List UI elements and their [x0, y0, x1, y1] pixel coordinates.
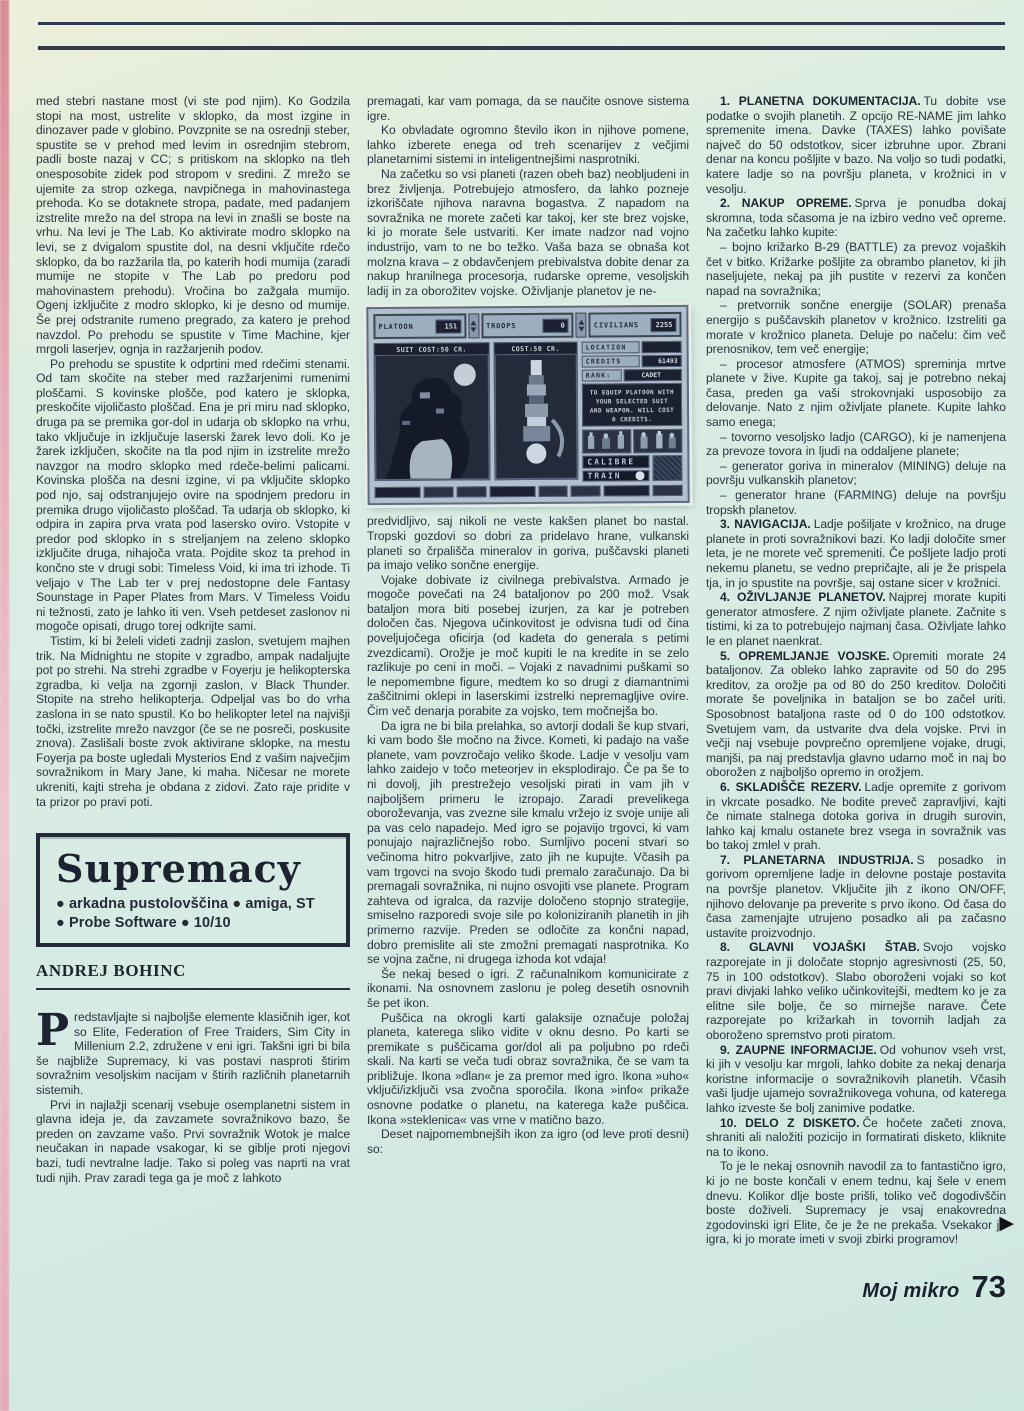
closing-paragraph: To je le nekaj osnovnih navodil za to fa… — [706, 1159, 1006, 1247]
credits-row: CREDITS 61493 — [582, 355, 682, 368]
weapon-cost-header: COST:50 CR. — [494, 342, 578, 356]
credits-label: CREDITS — [582, 355, 640, 367]
soldier-sprites-strip — [582, 429, 682, 454]
magazine-name: Moj mikro — [862, 1280, 959, 1303]
civilians-value: 2255 — [650, 318, 676, 332]
weapon-panel: COST:50 CR. — [494, 342, 579, 483]
screenshot-main-area: SUIT COST:50 CR. — [374, 341, 683, 483]
numbered-item: 8. GLAVNI VOJAŠKI ŠTAB.Svojo vojsko razp… — [706, 940, 1006, 1042]
intro-text: redstavljajte si najboljše elemente klas… — [36, 1010, 350, 1097]
body-paragraph: Še nekaj besed o igri. Z računalnikom ko… — [367, 967, 689, 1011]
numbered-item: 9. ZAUPNE INFORMACIJE.Od vohunov vseh vr… — [706, 1043, 1006, 1116]
masthead-rule-top — [38, 22, 1005, 25]
dash-item: – tovorno vesoljsko ladjo (CARGO), ki je… — [706, 430, 1006, 459]
icon-slot — [489, 486, 535, 497]
game-screenshot: PLATOON 151 TROOPS 0 CIVILIANS 2255 — [366, 305, 689, 505]
page-number: 73 — [972, 1269, 1006, 1305]
body-paragraph: Po prehodu se spustite k odprtini med rd… — [36, 357, 350, 634]
credits-value: 61493 — [642, 355, 682, 367]
continuation-arrow-icon: ▶ — [999, 1214, 1014, 1233]
status-panel: LOCATION CREDITS 61493 RANK: CADET TO — [582, 341, 683, 482]
numbered-item: 5. OPREMLJANJE VOJSKE.Opremiti morate 24… — [706, 649, 1006, 780]
soldier-sprites-right — [633, 429, 682, 453]
drop-cap: P — [36, 1010, 74, 1048]
body-paragraph: med stebri nastane most (vi ste pod njim… — [36, 94, 350, 357]
soldier-image — [374, 356, 491, 482]
screenshot-status-bar: PLATOON 151 TROOPS 0 CIVILIANS 2255 — [373, 312, 681, 339]
noise-panel — [652, 455, 682, 481]
troops-label: TROOPS — [486, 322, 540, 330]
icon-slot — [424, 487, 454, 498]
closing-paragraph-wrap: To je le nekaj osnovnih navodil za to fa… — [706, 1159, 1006, 1247]
icon-slot — [653, 485, 683, 496]
rank-row: RANK: CADET — [582, 369, 682, 382]
panel-bottom: CALIBRE TRAIN — [582, 455, 682, 482]
game-info-publisher-rating: ● Probe Software ● 10/10 — [56, 914, 332, 933]
body-paragraph: Da igra ne bi bila prelahka, so avtorji … — [367, 719, 689, 967]
troops-counter: TROOPS 0 — [481, 313, 574, 339]
dash-item: – pretvornik sončne energije (SOLAR) pre… — [706, 298, 1006, 356]
body-paragraph: predvidljivo, saj nikoli ne veste kakšen… — [367, 514, 689, 572]
location-row: LOCATION — [582, 341, 682, 354]
dash-item: – generator hrane (FARMING) deluje na po… — [706, 488, 1006, 517]
suit-cost-header: SUIT COST:50 CR. — [374, 343, 490, 357]
magazine-page: med stebri nastane most (vi ste pod njim… — [0, 0, 1024, 1411]
rank-label: RANK: — [582, 369, 622, 381]
author-byline: ANDREJ BOHINC — [36, 961, 350, 990]
platoon-counter: PLATOON 151 — [373, 314, 466, 340]
icon-slot — [538, 486, 568, 497]
game-info-genre-platform: ● arkadna pustolovščina ● amiga, ST — [56, 895, 332, 914]
scan-edge-strip — [0, 0, 9, 1411]
screenshot-icon-strip — [375, 485, 683, 498]
numbered-item: 6. SKLADIŠČE REZERV.Ladje opremite z gor… — [706, 780, 1006, 853]
dash-item: – bojno križarko B-29 (BATTLE) za prevoz… — [706, 240, 1006, 298]
up-down-arrows-icon — [576, 313, 587, 338]
rank-value: CADET — [624, 369, 682, 381]
numbered-item: 1. PLANETNA DOKUMENTACIJA.Tu dobite vse … — [706, 94, 1006, 196]
game-title: Supremacy — [56, 849, 332, 889]
location-value — [642, 341, 682, 353]
page-footer: Moj mikro 73 — [706, 1269, 1006, 1305]
body-paragraph: Na začetku so vsi planeti (razen obeh ba… — [367, 167, 689, 298]
game-title-box: Supremacy ● arkadna pustolovščina ● amig… — [36, 833, 350, 947]
icon-slot — [456, 487, 486, 498]
soldier-sprites-left — [582, 430, 631, 454]
platoon-label: PLATOON — [378, 322, 432, 330]
numbered-item: 3. NAVIGACIJA.Ladje pošiljate v krožnico… — [706, 517, 1006, 590]
numbered-item: 4. OŽIVLJANJE PLANETOV.Najprej morate ku… — [706, 590, 1006, 648]
body-paragraph: Puščica na okrogli karti galaksije označ… — [367, 1011, 689, 1128]
icon-slot — [604, 485, 650, 496]
body-paragraph: premagati, kar vam pomaga, da se naučite… — [367, 94, 689, 123]
icon-slot — [375, 487, 421, 498]
dash-item: – generator goriva in mineralov (MINING)… — [706, 459, 1006, 488]
body-paragraph: Prvi in najlažji scenarij vsebuje osempl… — [36, 1098, 350, 1186]
body-paragraph: Tistim, ki bi želeli videti zadnji zaslo… — [36, 634, 350, 809]
calibre-bar: CALIBRE — [582, 455, 649, 468]
numbered-item: 10. DELO Z DISKETO.Če hočete začeti znov… — [706, 1116, 1006, 1160]
numbered-item: 7. PLANETARNA INDUSTRIJA.S posadko in go… — [706, 853, 1006, 941]
train-indicator-dot — [635, 472, 644, 481]
column-middle: premagati, kar vam pomaga, da se naučite… — [367, 94, 689, 1305]
rocket-weapon-image — [494, 355, 579, 481]
train-button: TRAIN — [582, 470, 649, 481]
body-paragraph: Vojake dobivate iz civilnega prebivalstv… — [367, 573, 689, 719]
troops-value: 0 — [543, 319, 569, 333]
up-down-arrows-icon — [468, 314, 479, 339]
civilians-label: CIVILIANS — [594, 321, 648, 329]
location-label: LOCATION — [582, 342, 640, 354]
civilians-counter: CIVILIANS 2255 — [589, 312, 682, 338]
body-paragraph: Deset najpomembnejših ikon za igro (od l… — [367, 1127, 689, 1156]
masthead-rule-bottom — [38, 46, 1005, 50]
equip-message-box: TO EQUIP PLATOON WITH YOUR SELECTED SUIT… — [582, 383, 682, 427]
dash-item: – procesor atmosfere (ATMOS) spreminja m… — [706, 357, 1006, 430]
column-left: med stebri nastane most (vi ste pod njim… — [36, 94, 350, 1305]
numbered-item: 2. NAKUP OPREME.Sprva je ponudba dokaj s… — [706, 196, 1006, 240]
column-right: 1. PLANETNA DOKUMENTACIJA.Tu dobite vse … — [706, 94, 1006, 1305]
intro-paragraph: Predstavljajte si najboljše elemente kla… — [36, 1010, 350, 1098]
body-paragraph: Ko obvladate ogromno število ikon in nji… — [367, 123, 689, 167]
suit-panel: SUIT COST:50 CR. — [374, 343, 491, 484]
icon-slot — [571, 486, 601, 497]
platoon-value: 151 — [435, 319, 461, 333]
article-body: med stebri nastane most (vi ste pod njim… — [36, 94, 1008, 1305]
